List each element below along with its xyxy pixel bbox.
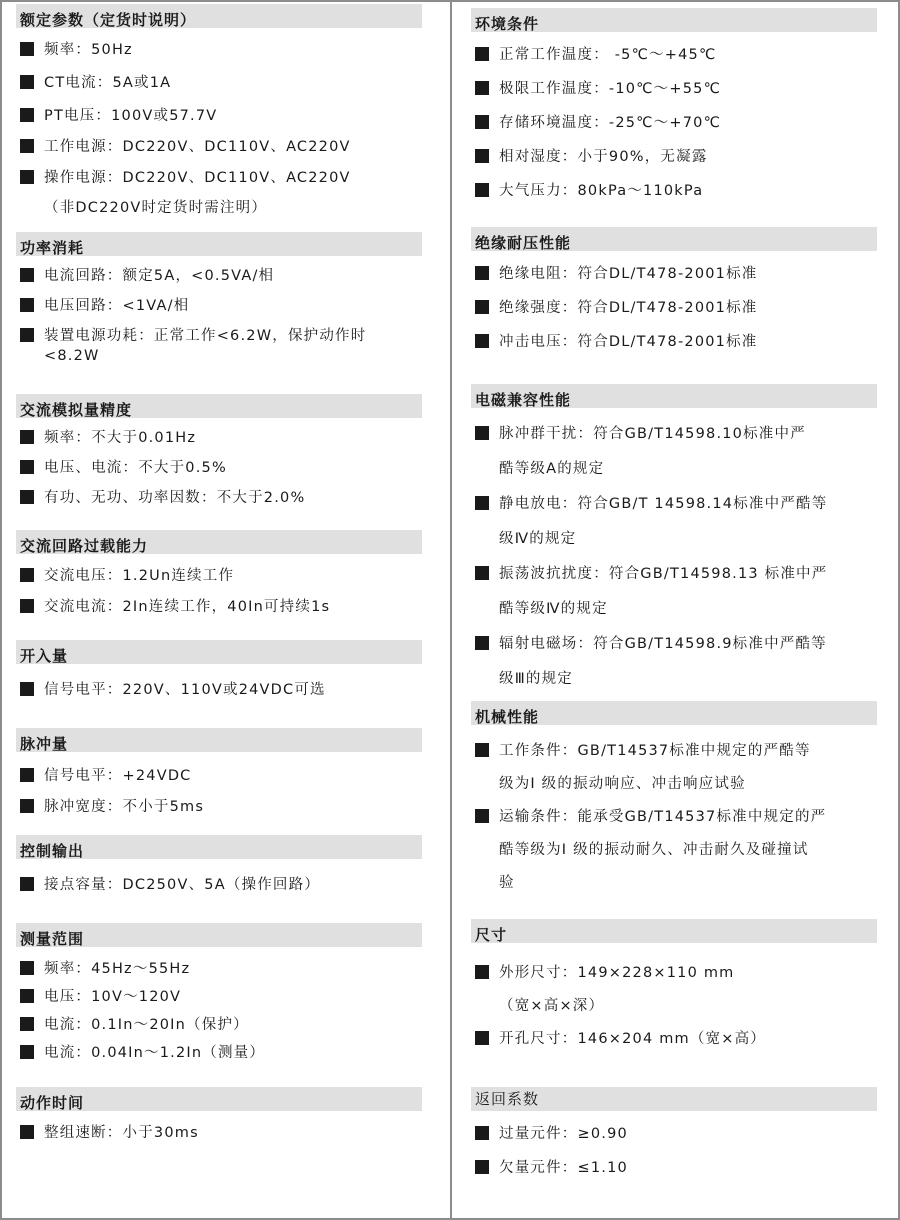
item-text: 冲击电压：符合DL/T478-2001标准 xyxy=(499,330,877,351)
square-bullet-icon xyxy=(475,496,489,510)
section-title: 动作时间 xyxy=(16,1087,422,1111)
list-item: 交流电流：2In连续工作，40In可持续1s xyxy=(16,595,422,616)
square-bullet-icon xyxy=(475,266,489,280)
section-title: 机械性能 xyxy=(471,701,877,725)
item-text: 信号电平：+24VDC xyxy=(44,764,422,785)
square-bullet-icon xyxy=(475,1160,489,1174)
item-text: 电压回路：<1VA/相 xyxy=(44,294,422,315)
item-text-continued: 级Ⅳ的规定 xyxy=(499,527,877,548)
list-item: 脉冲宽度：不小于5ms xyxy=(16,795,422,816)
list-item: 电流：0.1In～20In（保护） xyxy=(16,1013,422,1034)
item-text: 过量元件：≥0.90 xyxy=(499,1122,877,1143)
list-item: 电压回路：<1VA/相 xyxy=(16,294,422,315)
square-bullet-icon xyxy=(20,1125,34,1139)
list-item: 绝缘强度：符合DL/T478-2001标准 xyxy=(471,296,877,317)
section-title: 返回系数 xyxy=(471,1087,877,1111)
section-title: 额定参数（定货时说明） xyxy=(16,4,422,28)
square-bullet-icon xyxy=(20,799,34,813)
item-text: 交流电压：1.2Un连续工作 xyxy=(44,564,422,585)
item-text: 电流：0.04In～1.2In（测量） xyxy=(44,1041,422,1062)
section-operating-time: 动作时间 整组速断：小于30ms xyxy=(16,1087,422,1142)
item-text: 频率：45Hz～55Hz xyxy=(44,957,422,978)
square-bullet-icon xyxy=(20,430,34,444)
section-title: 开入量 xyxy=(16,640,422,664)
list-item: 信号电平：+24VDC xyxy=(16,764,422,785)
item-text-continued: 级为I 级的振动响应、冲击响应试验 xyxy=(499,772,877,793)
item-text: 静电放电：符合GB/T 14598.14标准中严酷等 xyxy=(499,492,877,513)
square-bullet-icon xyxy=(20,490,34,504)
section-title-text: 尺寸 xyxy=(475,925,507,945)
item-text: 外形尺寸：149×228×110 mm xyxy=(499,961,877,982)
item-text: 开孔尺寸：146×204 mm（宽×高） xyxy=(499,1027,877,1048)
section-dimensions: 尺寸 外形尺寸：149×228×110 mm（宽×高×深） 开孔尺寸：146×2… xyxy=(471,919,877,1048)
list-item: 电流：0.04In～1.2In（测量） xyxy=(16,1041,422,1062)
section-title: 脉冲量 xyxy=(16,728,422,752)
section-title-text: 测量范围 xyxy=(20,929,84,949)
square-bullet-icon xyxy=(20,599,34,613)
section-title-text: 控制输出 xyxy=(20,841,84,861)
list-item: 脉冲群干扰：符合GB/T14598.10标准中严酷等级A的规定 xyxy=(471,422,877,478)
item-text: 欠量元件：≤1.10 xyxy=(499,1156,877,1177)
item-text: 辐射电磁场：符合GB/T14598.9标准中严酷等 xyxy=(499,632,877,653)
square-bullet-icon xyxy=(20,298,34,312)
section-title: 交流模拟量精度 xyxy=(16,394,422,418)
item-text-continued: （非DC220V时定货时需注明） xyxy=(44,196,422,217)
section-title: 测量范围 xyxy=(16,923,422,947)
list-item: 运输条件：能承受GB/T14537标准中规定的严酷等级为I 级的振动耐久、冲击耐… xyxy=(471,805,877,892)
item-text: 工作电源：DC220V、DC110V、AC220V xyxy=(44,135,422,156)
list-item: 外形尺寸：149×228×110 mm（宽×高×深） xyxy=(471,961,877,1015)
square-bullet-icon xyxy=(20,268,34,282)
square-bullet-icon xyxy=(475,1031,489,1045)
list-item: 信号电平：220V、110V或24VDC可选 xyxy=(16,678,422,699)
square-bullet-icon xyxy=(475,636,489,650)
square-bullet-icon xyxy=(20,877,34,891)
item-text: 绝缘电阻：符合DL/T478-2001标准 xyxy=(499,262,877,283)
section-binary-input: 开入量 信号电平：220V、110V或24VDC可选 xyxy=(16,640,422,699)
list-item: 相对湿度：小于90%，无凝露 xyxy=(471,145,877,166)
item-text: 存储环境温度：-25℃～+70℃ xyxy=(499,111,877,132)
list-item: 电流回路：额定5A，<0.5VA/相 xyxy=(16,264,422,285)
item-text-continued: <8.2W xyxy=(44,348,422,364)
item-text: 相对湿度：小于90%，无凝露 xyxy=(499,145,877,166)
list-item: 欠量元件：≤1.10 xyxy=(471,1156,877,1177)
section-title-text: 脉冲量 xyxy=(20,734,68,754)
section-environmental-conditions: 环境条件 正常工作温度： -5℃～+45℃ 极限工作温度：-10℃～+55℃ 存… xyxy=(471,8,877,200)
square-bullet-icon xyxy=(20,42,34,56)
column-divider xyxy=(450,0,452,1220)
section-title: 环境条件 xyxy=(471,8,877,32)
square-bullet-icon xyxy=(475,334,489,348)
section-ac-overload-capacity: 交流回路过载能力 交流电压：1.2Un连续工作 交流电流：2In连续工作，40I… xyxy=(16,530,422,616)
list-item: 频率：不大于0.01Hz xyxy=(16,426,422,447)
list-item: 辐射电磁场：符合GB/T14598.9标准中严酷等级Ⅲ的规定 xyxy=(471,632,877,688)
square-bullet-icon xyxy=(475,426,489,440)
list-item: 极限工作温度：-10℃～+55℃ xyxy=(471,77,877,98)
item-text: 正常工作温度： -5℃～+45℃ xyxy=(499,43,877,64)
section-ac-analog-accuracy: 交流模拟量精度 频率：不大于0.01Hz 电压、电流：不大于0.5% 有功、无功… xyxy=(16,394,422,507)
list-item: 过量元件：≥0.90 xyxy=(471,1122,877,1143)
square-bullet-icon xyxy=(20,1045,34,1059)
item-text-continued: 验 xyxy=(499,871,877,892)
section-title: 电磁兼容性能 xyxy=(471,384,877,408)
list-item: 频率：45Hz～55Hz xyxy=(16,957,422,978)
list-item: 电压、电流：不大于0.5% xyxy=(16,456,422,477)
square-bullet-icon xyxy=(20,460,34,474)
item-text: 脉冲宽度：不小于5ms xyxy=(44,795,422,816)
section-title-text: 绝缘耐压性能 xyxy=(475,233,571,253)
list-item: 工作条件：GB/T14537标准中规定的严酷等级为I 级的振动响应、冲击响应试验 xyxy=(471,739,877,793)
item-text: 电流回路：额定5A，<0.5VA/相 xyxy=(44,264,422,285)
section-title-text: 交流模拟量精度 xyxy=(20,400,132,420)
item-text: 信号电平：220V、110V或24VDC可选 xyxy=(44,678,422,699)
list-item: 交流电压：1.2Un连续工作 xyxy=(16,564,422,585)
item-text-continued: 酷等级为I 级的振动耐久、冲击耐久及碰撞试 xyxy=(499,838,877,859)
section-title-text: 电磁兼容性能 xyxy=(475,390,571,410)
item-text: 装置电源功耗：正常工作<6.2W，保护动作时 xyxy=(44,324,422,345)
section-title: 尺寸 xyxy=(471,919,877,943)
list-item: 正常工作温度： -5℃～+45℃ xyxy=(471,43,877,64)
item-text: 整组速断：小于30ms xyxy=(44,1121,422,1142)
square-bullet-icon xyxy=(20,170,34,184)
item-text: 操作电源：DC220V、DC110V、AC220V xyxy=(44,166,422,187)
list-item: 装置电源功耗：正常工作<6.2W，保护动作时<8.2W xyxy=(16,324,422,364)
item-text-continued: 级Ⅲ的规定 xyxy=(499,667,877,688)
list-item: 操作电源：DC220V、DC110V、AC220V（非DC220V时定货时需注明… xyxy=(16,166,422,217)
item-text: 电压、电流：不大于0.5% xyxy=(44,456,422,477)
section-pulse-input: 脉冲量 信号电平：+24VDC 脉冲宽度：不小于5ms xyxy=(16,728,422,816)
section-title: 控制输出 xyxy=(16,835,422,859)
square-bullet-icon xyxy=(475,965,489,979)
list-item: 大气压力：80kPa～110kPa xyxy=(471,179,877,200)
section-title-text: 开入量 xyxy=(20,646,68,666)
list-item: 接点容量：DC250V、5A（操作回路） xyxy=(16,873,422,894)
list-item: 静电放电：符合GB/T 14598.14标准中严酷等级Ⅳ的规定 xyxy=(471,492,877,548)
square-bullet-icon xyxy=(20,328,34,342)
section-title: 交流回路过载能力 xyxy=(16,530,422,554)
square-bullet-icon xyxy=(20,682,34,696)
square-bullet-icon xyxy=(475,81,489,95)
item-text: 频率：50Hz xyxy=(44,38,422,59)
section-rated-parameters: 额定参数（定货时说明） 频率：50Hz CT电流：5A或1A PT电压：100V… xyxy=(16,4,422,217)
item-text-continued: 酷等级Ⅳ的规定 xyxy=(499,597,877,618)
item-text: 运输条件：能承受GB/T14537标准中规定的严 xyxy=(499,805,877,826)
square-bullet-icon xyxy=(20,108,34,122)
section-power-consumption: 功率消耗 电流回路：额定5A，<0.5VA/相 电压回路：<1VA/相 装置电源… xyxy=(16,232,422,364)
section-title: 功率消耗 xyxy=(16,232,422,256)
section-title-text: 交流回路过载能力 xyxy=(20,536,148,556)
item-text: 有功、无功、功率因数：不大于2.0% xyxy=(44,486,422,507)
list-item: 电压：10V～120V xyxy=(16,985,422,1006)
item-text: CT电流：5A或1A xyxy=(44,71,422,92)
list-item: 绝缘电阻：符合DL/T478-2001标准 xyxy=(471,262,877,283)
square-bullet-icon xyxy=(475,47,489,61)
square-bullet-icon xyxy=(475,149,489,163)
square-bullet-icon xyxy=(475,1126,489,1140)
square-bullet-icon xyxy=(20,568,34,582)
section-title-text: 动作时间 xyxy=(20,1093,84,1113)
item-text-continued: 酷等级A的规定 xyxy=(499,457,877,478)
square-bullet-icon xyxy=(20,139,34,153)
list-item: 冲击电压：符合DL/T478-2001标准 xyxy=(471,330,877,351)
list-item: 存储环境温度：-25℃～+70℃ xyxy=(471,111,877,132)
section-control-output: 控制输出 接点容量：DC250V、5A（操作回路） xyxy=(16,835,422,894)
list-item: 开孔尺寸：146×204 mm（宽×高） xyxy=(471,1027,877,1048)
item-text: 工作条件：GB/T14537标准中规定的严酷等 xyxy=(499,739,877,760)
item-text: PT电压：100V或57.7V xyxy=(44,104,422,125)
item-text: 交流电流：2In连续工作，40In可持续1s xyxy=(44,595,422,616)
item-text: 极限工作温度：-10℃～+55℃ xyxy=(499,77,877,98)
section-emc-performance: 电磁兼容性能 脉冲群干扰：符合GB/T14598.10标准中严酷等级A的规定 静… xyxy=(471,384,877,688)
list-item: 频率：50Hz xyxy=(16,38,422,59)
item-text: 绝缘强度：符合DL/T478-2001标准 xyxy=(499,296,877,317)
list-item: 振荡波抗扰度：符合GB/T14598.13 标准中严酷等级Ⅳ的规定 xyxy=(471,562,877,618)
square-bullet-icon xyxy=(475,743,489,757)
square-bullet-icon xyxy=(20,989,34,1003)
item-text: 振荡波抗扰度：符合GB/T14598.13 标准中严 xyxy=(499,562,877,583)
square-bullet-icon xyxy=(475,183,489,197)
square-bullet-icon xyxy=(475,115,489,129)
square-bullet-icon xyxy=(20,961,34,975)
section-reset-ratio: 返回系数 过量元件：≥0.90 欠量元件：≤1.10 xyxy=(471,1087,877,1177)
section-mechanical-performance: 机械性能 工作条件：GB/T14537标准中规定的严酷等级为I 级的振动响应、冲… xyxy=(471,701,877,892)
list-item: 有功、无功、功率因数：不大于2.0% xyxy=(16,486,422,507)
square-bullet-icon xyxy=(20,75,34,89)
square-bullet-icon xyxy=(475,300,489,314)
list-item: 工作电源：DC220V、DC110V、AC220V xyxy=(16,135,422,156)
section-title-text: 返回系数 xyxy=(475,1089,539,1109)
square-bullet-icon xyxy=(475,809,489,823)
section-title-text: 机械性能 xyxy=(475,707,539,727)
list-item: 整组速断：小于30ms xyxy=(16,1121,422,1142)
section-title-text: 环境条件 xyxy=(475,14,539,34)
section-title-text: 功率消耗 xyxy=(20,238,84,258)
square-bullet-icon xyxy=(20,768,34,782)
section-title: 绝缘耐压性能 xyxy=(471,227,877,251)
item-text: 接点容量：DC250V、5A（操作回路） xyxy=(44,873,422,894)
square-bullet-icon xyxy=(20,1017,34,1031)
item-text: 电流：0.1In～20In（保护） xyxy=(44,1013,422,1034)
item-text: 大气压力：80kPa～110kPa xyxy=(499,179,877,200)
item-text: 电压：10V～120V xyxy=(44,985,422,1006)
square-bullet-icon xyxy=(475,566,489,580)
item-text: 频率：不大于0.01Hz xyxy=(44,426,422,447)
item-text: 脉冲群干扰：符合GB/T14598.10标准中严 xyxy=(499,422,877,443)
section-measurement-range: 测量范围 频率：45Hz～55Hz 电压：10V～120V 电流：0.1In～2… xyxy=(16,923,422,1062)
list-item: CT电流：5A或1A xyxy=(16,71,422,92)
list-item: PT电压：100V或57.7V xyxy=(16,104,422,125)
item-text-continued: （宽×高×深） xyxy=(499,994,877,1015)
section-insulation-withstand: 绝缘耐压性能 绝缘电阻：符合DL/T478-2001标准 绝缘强度：符合DL/T… xyxy=(471,227,877,351)
section-title-text: 额定参数（定货时说明） xyxy=(20,10,196,30)
